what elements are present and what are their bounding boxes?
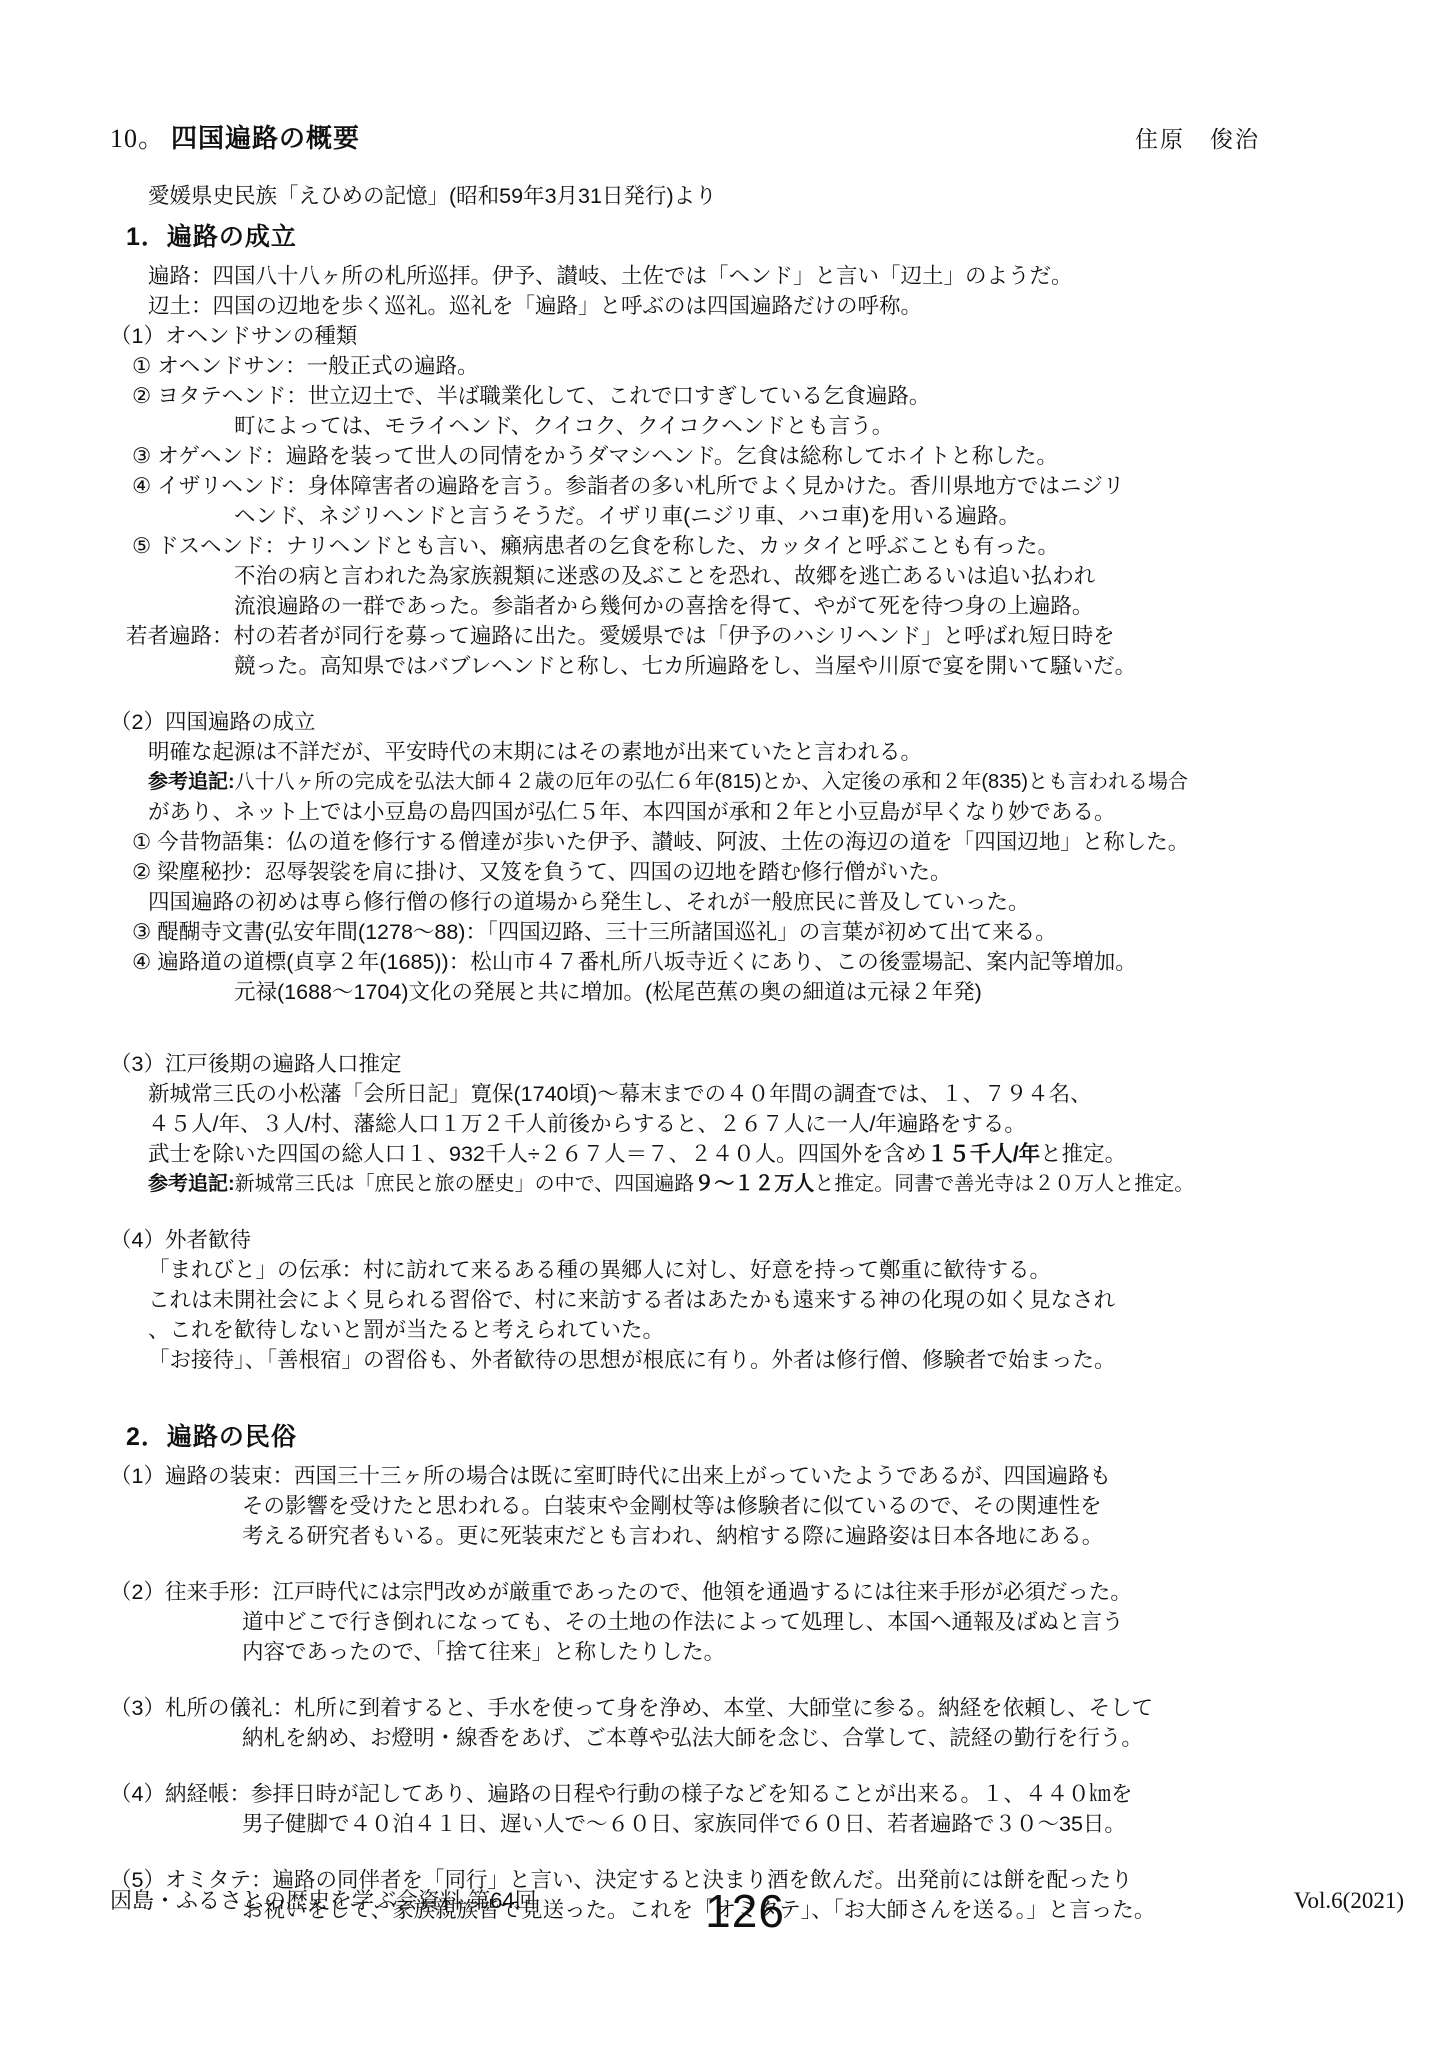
text-line: （4）外者歓待: [110, 1225, 1408, 1255]
text-line: 内容であったので、「捨て往来」と称したりした。: [110, 1637, 1408, 1667]
document-page: 10。 四国遍路の概要 住原 俊治 愛媛県史民族「えひめの記憶」(昭和59年3月…: [110, 118, 1408, 1925]
text-line: （1）遍路の装束：西国三十三ヶ所の場合は既に室町時代に出来上がっていたようである…: [110, 1461, 1408, 1491]
author-name: 住原 俊治: [1135, 121, 1260, 154]
text-line: （3）江戸後期の遍路人口推定: [110, 1049, 1408, 1079]
text-line: ② ヨタテヘンド：世立辺土で、半ば職業化して、これで口すぎしている乞食遍路。: [110, 381, 1408, 411]
page-number-label: 10。: [110, 118, 165, 155]
text-segment: 四国遍路の初めは専ら修行僧の修行の道場から発生し、それが一般庶民に普及していった…: [148, 890, 1030, 914]
text-line: （2）往来手形：江戸時代には宗門改めが厳重であったので、他領を通過するには往来手…: [110, 1577, 1408, 1607]
text-line: 納札を納め、お燈明・線香をあげ、ご本尊や弘法大師を念じ、合掌して、読経の勤行を行…: [110, 1723, 1408, 1753]
text-line: ③ オゲヘンド：遍路を装って世人の同情をかうダマシヘンド。乞食は総称してホイトと…: [110, 441, 1408, 471]
emphasized-text: 参考追記:: [148, 1173, 235, 1195]
text-segment: 「まれびと」の伝承：村に訪れて来るある種の異郷人に対し、好意を持って鄭重に歓待す…: [148, 1258, 1051, 1282]
text-segment: 武士を除いた四国の総人口１、932千人÷２６７人＝７、２４０人。四国外を含め: [148, 1142, 927, 1166]
text-line: 流浪遍路の一群であった。参詣者から幾何かの喜捨を得て、やがて死を待つ身の上遍路。: [110, 591, 1408, 621]
text-line: 競った。高知県ではバブレヘンドと称し、七カ所遍路をし、当屋や川原で宴を開いて騒い…: [110, 651, 1408, 681]
text-segment: ② ヨタテヘンド：世立辺土で、半ば職業化して、これで口すぎしている乞食遍路。: [132, 384, 930, 408]
text-segment: 道中どこで行き倒れになっても、その土地の作法によって処理し、本国へ通報及ばぬと言…: [242, 1610, 1124, 1634]
text-segment: （2）往来手形：江戸時代には宗門改めが厳重であったので、他領を通過するには往来手…: [110, 1580, 1132, 1604]
text-line: 武士を除いた四国の総人口１、932千人÷２６７人＝７、２４０人。四国外を含め１５…: [110, 1139, 1408, 1169]
text-segment: ④ イザリヘンド：身体障害者の遍路を言う。参詣者の多い札所でよく見かけた。香川県…: [132, 474, 1124, 498]
text-segment: があり、ネット上では小豆島の島四国が弘仁５年、本四国が承和２年と小豆島が早くなり…: [148, 800, 1116, 824]
text-segment: ヘンド、ネジリヘンドと言うそうだ。イザリ車(ニジリ車、ハコ車)を用いる遍路。: [234, 504, 1020, 528]
text-segment: ③ 醍醐寺文書(弘安年間(1278～88)：「四国辺路、三十三所諸国巡礼」の言葉…: [132, 920, 1057, 944]
text-line: ③ 醍醐寺文書(弘安年間(1278～88)：「四国辺路、三十三所諸国巡礼」の言葉…: [110, 917, 1408, 947]
text-segment: 不治の病と言われた為家族親類に迷惑の及ぶことを恐れ、故郷を逃亡あるいは追い払われ: [234, 564, 1095, 588]
text-line: 不治の病と言われた為家族親類に迷惑の及ぶことを恐れ、故郷を逃亡あるいは追い払われ: [110, 561, 1408, 591]
text-segment: 愛媛県史民族「えひめの記憶」(昭和59年3月31日発行)より: [148, 184, 717, 208]
document-lines: 愛媛県史民族「えひめの記憶」(昭和59年3月31日発行)より1．遍路の成立遍路：…: [110, 181, 1408, 1925]
title-row: 10。 四国遍路の概要 住原 俊治: [110, 118, 1408, 155]
text-line: 「まれびと」の伝承：村に訪れて来るある種の異郷人に対し、好意を持って鄭重に歓待す…: [110, 1255, 1408, 1285]
text-line: 若者遍路：村の若者が同行を募って遍路に出た。愛媛県では「伊予のハシリヘンド」と呼…: [110, 621, 1408, 651]
text-segment: 八十八ヶ所の完成を弘法大師４２歳の厄年の弘仁６年(815)とか、入定後の承和２年…: [235, 771, 1188, 793]
text-segment: 1．遍路の成立: [126, 223, 297, 251]
text-segment: ⑤ ドスヘンド：ナリヘンドとも言い、癩病患者の乞食を称した、カッタイと呼ぶことも…: [132, 534, 1059, 558]
text-segment: 競った。高知県ではバブレヘンドと称し、七カ所遍路をし、当屋や川原で宴を開いて騒い…: [234, 654, 1136, 678]
text-line: 明確な起源は不詳だが、平安時代の末期にはその素地が出来ていたと言われる。: [110, 737, 1408, 767]
text-segment: 新城常三氏は「庶民と旅の歴史」の中で、四国遍路: [235, 1173, 695, 1195]
text-segment: 、これを歓待しないと罰が当たると考えられていた。: [148, 1318, 664, 1342]
text-segment: （2）四国遍路の成立: [110, 710, 315, 734]
text-segment: 遍路：四国八十八ヶ所の札所巡拝。伊予、讃岐、土佐では「ヘンド」と言い「辺土」のよ…: [148, 264, 1073, 288]
text-segment: 納札を納め、お燈明・線香をあげ、ご本尊や弘法大師を念じ、合掌して、読経の勤行を行…: [242, 1726, 1143, 1750]
text-line: ② 梁塵秘抄：忍辱袈裟を肩に掛け、又笈を負うて、四国の辺地を踏む修行僧がいた。: [110, 857, 1408, 887]
text-segment: （3）江戸後期の遍路人口推定: [110, 1052, 401, 1076]
text-line: ④ イザリヘンド：身体障害者の遍路を言う。参詣者の多い札所でよく見かけた。香川県…: [110, 471, 1408, 501]
text-segment: これは未開社会によく見られる習俗で、村に来訪する者はあたかも遠来する神の化現の如…: [148, 1288, 1115, 1312]
text-line: 男子健脚で４０泊４１日、遅い人で～６０日、家族同伴で６０日、若者遍路で３０～35…: [110, 1809, 1408, 1839]
text-line: 元禄(1688～1704)文化の発展と共に増加。(松尾芭蕉の奥の細道は元禄２年発…: [110, 977, 1408, 1007]
text-line: 遍路：四国八十八ヶ所の札所巡拝。伊予、讃岐、土佐では「ヘンド」と言い「辺土」のよ…: [110, 261, 1408, 291]
text-segment: 男子健脚で４０泊４１日、遅い人で～６０日、家族同伴で６０日、若者遍路で３０～35…: [242, 1812, 1126, 1836]
footer-volume-label: Vol.6(2021): [1294, 1888, 1404, 1914]
text-line: ① 今昔物語集：仏の道を修行する僧達が歩いた伊予、讃岐、阿波、土佐の海辺の道を「…: [110, 827, 1408, 857]
text-line: （1）オヘンドサンの種類: [110, 321, 1408, 351]
text-segment: ４５人/年、３人/村、藩総人口１万２千人前後からすると、２６７人に一人/年遍路を…: [148, 1112, 1026, 1136]
text-segment: 町によっては、モライヘンド、クイコク、クイコクヘンドとも言う。: [234, 414, 893, 438]
page-footer: 因島・ふるさとの歴史を学ぶ会資料 第64回 126 Vol.6(2021): [110, 1884, 1404, 1915]
text-line: ④ 遍路道の道標(貞享２年(1685))：松山市４７番札所八坂寺近くにあり、この…: [110, 947, 1408, 977]
emphasized-text: 参考追記:: [148, 771, 235, 793]
text-line: ⑤ ドスヘンド：ナリヘンドとも言い、癩病患者の乞食を称した、カッタイと呼ぶことも…: [110, 531, 1408, 561]
text-segment: （4）外者歓待: [110, 1228, 251, 1252]
text-segment: （4）納経帳：参拝日時が記してあり、遍路の日程や行動の様子などを知ることが出来る…: [110, 1782, 1132, 1806]
text-segment: と推定。同書で善光寺は２０万人と推定。: [814, 1173, 1194, 1195]
text-line: （3）札所の儀礼：札所に到着すると、手水を使って身を浄め、本堂、大師堂に参る。納…: [110, 1693, 1408, 1723]
text-segment: 内容であったので、「捨て往来」と称したりした。: [242, 1640, 725, 1664]
text-segment: ③ オゲヘンド：遍路を装って世人の同情をかうダマシヘンド。乞食は総称してホイトと…: [132, 444, 1058, 468]
text-line: これは未開社会によく見られる習俗で、村に来訪する者はあたかも遠来する神の化現の如…: [110, 1285, 1408, 1315]
text-segment: 若者遍路：村の若者が同行を募って遍路に出た。愛媛県では「伊予のハシリヘンド」と呼…: [126, 624, 1115, 648]
text-segment: ② 梁塵秘抄：忍辱袈裟を肩に掛け、又笈を負うて、四国の辺地を踏む修行僧がいた。: [132, 860, 951, 884]
text-line: 道中どこで行き倒れになっても、その土地の作法によって処理し、本国へ通報及ばぬと言…: [110, 1607, 1408, 1637]
text-line: その影響を受けたと思われる。白装束や金剛杖等は修験者に似ているので、その関連性を: [110, 1491, 1408, 1521]
text-line: があり、ネット上では小豆島の島四国が弘仁５年、本四国が承和２年と小豆島が早くなり…: [110, 797, 1408, 827]
text-line: 「お接待」、「善根宿」の習俗も、外者歓待の思想が根底に有り。外者は修行僧、修験者…: [110, 1345, 1408, 1375]
text-line: 参考追記:八十八ヶ所の完成を弘法大師４２歳の厄年の弘仁６年(815)とか、入定後…: [110, 767, 1408, 797]
text-line: ① オヘンドサン：一般正式の遍路。: [110, 351, 1408, 381]
section-heading: 2．遍路の民俗: [110, 1417, 1408, 1457]
emphasized-text: ９～１２万人: [694, 1173, 814, 1195]
text-segment: （1）遍路の装束：西国三十三ヶ所の場合は既に室町時代に出来上がっていたようである…: [110, 1464, 1111, 1488]
text-segment: ④ 遍路道の道標(貞享２年(1685))：松山市４７番札所八坂寺近くにあり、この…: [132, 950, 1137, 974]
text-segment: その影響を受けたと思われる。白装束や金剛杖等は修験者に似ているので、その関連性を: [242, 1494, 1102, 1518]
text-line: 、これを歓待しないと罰が当たると考えられていた。: [110, 1315, 1408, 1345]
text-line: 町によっては、モライヘンド、クイコク、クイコクヘンドとも言う。: [110, 411, 1408, 441]
text-segment: 新城常三氏の小松藩「会所日記」寛保(1740頃)～幕末までの４０年間の調査では、…: [148, 1082, 1092, 1106]
text-segment: ① オヘンドサン：一般正式の遍路。: [132, 354, 479, 378]
text-segment: と推定。: [1040, 1142, 1126, 1166]
text-segment: 辺土：四国の辺地を歩く巡礼。巡礼を「遍路」と呼ぶのは四国遍路だけの呼称。: [148, 294, 922, 318]
text-segment: 「お接待」、「善根宿」の習俗も、外者歓待の思想が根底に有り。外者は修行僧、修験者…: [148, 1348, 1116, 1372]
text-line: （4）納経帳：参拝日時が記してあり、遍路の日程や行動の様子などを知ることが出来る…: [110, 1779, 1408, 1809]
footer-page-number: 126: [705, 1884, 785, 1938]
text-line: 参考追記:新城常三氏は「庶民と旅の歴史」の中で、四国遍路９～１２万人と推定。同書…: [110, 1169, 1408, 1199]
section-heading: 1．遍路の成立: [110, 217, 1408, 257]
text-segment: 流浪遍路の一群であった。参詣者から幾何かの喜捨を得て、やがて死を待つ身の上遍路。: [234, 594, 1093, 618]
text-line: 辺土：四国の辺地を歩く巡礼。巡礼を「遍路」と呼ぶのは四国遍路だけの呼称。: [110, 291, 1408, 321]
text-line: 考える研究者もいる。更に死装束だとも言われ、納棺する際に遍路姿は日本各地にある。: [110, 1521, 1408, 1551]
text-line: ４５人/年、３人/村、藩総人口１万２千人前後からすると、２６７人に一人/年遍路を…: [110, 1109, 1408, 1139]
text-line: ヘンド、ネジリヘンドと言うそうだ。イザリ車(ニジリ車、ハコ車)を用いる遍路。: [110, 501, 1408, 531]
text-segment: （3）札所の儀礼：札所に到着すると、手水を使って身を浄め、本堂、大師堂に参る。納…: [110, 1696, 1153, 1720]
text-line: 四国遍路の初めは専ら修行僧の修行の道場から発生し、それが一般庶民に普及していった…: [110, 887, 1408, 917]
text-segment: ① 今昔物語集：仏の道を修行する僧達が歩いた伊予、讃岐、阿波、土佐の海辺の道を「…: [132, 830, 1189, 854]
text-line: 愛媛県史民族「えひめの記憶」(昭和59年3月31日発行)より: [110, 181, 1408, 211]
emphasized-text: １５千人/年: [927, 1142, 1040, 1166]
footer-source-label: 因島・ふるさとの歴史を学ぶ会資料 第64回: [110, 1884, 537, 1915]
text-segment: 明確な起源は不詳だが、平安時代の末期にはその素地が出来ていたと言われる。: [148, 740, 922, 764]
page-title: 四国遍路の概要: [171, 118, 360, 155]
text-segment: （1）オヘンドサンの種類: [110, 324, 357, 348]
text-segment: 考える研究者もいる。更に死装束だとも言われ、納棺する際に遍路姿は日本各地にある。: [242, 1524, 1103, 1548]
text-segment: 2．遍路の民俗: [126, 1423, 297, 1451]
text-line: 新城常三氏の小松藩「会所日記」寛保(1740頃)～幕末までの４０年間の調査では、…: [110, 1079, 1408, 1109]
text-segment: 元禄(1688～1704)文化の発展と共に増加。(松尾芭蕉の奥の細道は元禄２年発…: [234, 980, 982, 1004]
text-line: （2）四国遍路の成立: [110, 707, 1408, 737]
